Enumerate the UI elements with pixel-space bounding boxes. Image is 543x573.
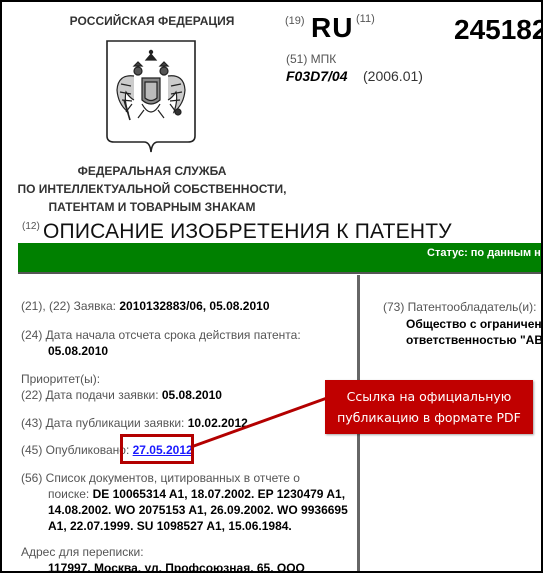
callout-connector-line [2, 2, 543, 573]
callout-line: Ссылка на официальную [325, 386, 533, 407]
annotation-callout: Ссылка на официальную публикацию в форма… [325, 380, 533, 434]
callout-line: публикацию в формате PDF [325, 407, 533, 428]
patent-document-page: РОССИЙСКАЯ ФЕДЕРАЦИЯ [0, 0, 543, 573]
link-highlight-box [120, 434, 194, 464]
